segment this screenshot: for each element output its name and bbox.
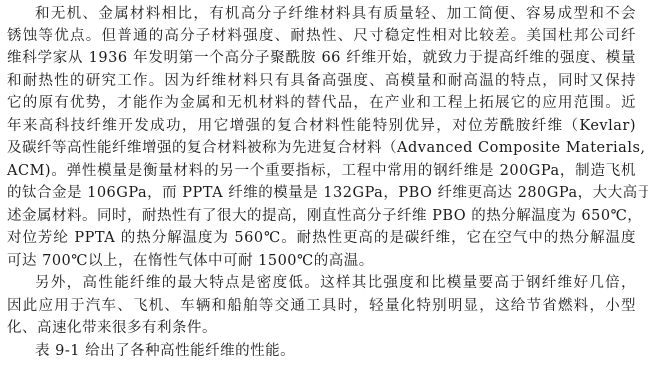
paragraph-1-line-9: 的钛合金是 106GPa，而 PPTA 纤维的模量是 132GPa，PBO 纤维… [7,182,636,204]
paragraph-1-line-8: ACM)。弹性模量是衡量材料的另一个重要指标，工程中常用的钢纤维是 200GPa… [7,160,636,182]
paragraph-1-line-1: 和无机、金属材料相比，有机高分子纤维材料具有质量轻、加工简便、容易成型和不会 [35,3,636,25]
paragraph-2-line-3: 化、高速化带来很多有利条件。 [7,317,217,339]
paragraph-1-line-11: 对位芳纶 PPTA 的热分解温度为 560℃。耐热性更高的是碳纤维，它在空气中的… [7,227,636,249]
paragraph-1-line-5: 它的原有优势，才能作为金属和无机材料的替代品，在产业和工程上拓展它的应用范围。近 [7,92,636,114]
paragraph-1-line-7: 及碳纤等高性能纤维增强的复合材料被称为先进复合材料（Advanced Compo… [7,137,636,159]
paragraph-2-line-1: 另外，高性能纤维的最大特点是密度低。这样其比强度和比模量要高于钢纤维好几倍， [35,272,636,294]
paragraph-2-line-2: 因此应用于汽车、飞机、车辆和船舶等交通工具时，轻量化特别明显，这给节省燃料，小型 [7,295,636,317]
paragraph-1-line-12: 可达 700℃以上，在惰性气体中可耐 1500℃的高温。 [7,250,374,272]
paragraph-1-line-3: 维科学家从 1936 年发明第一个高分子聚酰胺 66 纤维开始，就致力于提高纤维… [7,47,636,69]
paragraph-1-line-10: 述金属材料。同时，耐热性有了很大的提高，刚直性高分子纤维 PBO 的热分解温度为… [7,205,636,227]
paragraph-1-line-6: 年来高科技纤维开发成功，用它增强的复合材料性能特别优异，对位芳酰胺纤维（Kevl… [7,115,636,137]
table-reference-line: 表 9-1 给出了各种高性能纤维的性能。 [35,340,295,362]
paragraph-1-line-4: 和耐热性的研究工作。因为纤维材料只有具备高强度、高模量和耐高温的特点，同时又保持 [7,70,636,92]
document-page: 和无机、金属材料相比，有机高分子纤维材料具有质量轻、加工简便、容易成型和不会 锈… [0,0,648,380]
paragraph-1-line-2: 锈蚀等优点。但普通的高分子材料强度、耐热性、尺寸稳定性相对比较差。美国杜邦公司纤 [7,25,636,47]
